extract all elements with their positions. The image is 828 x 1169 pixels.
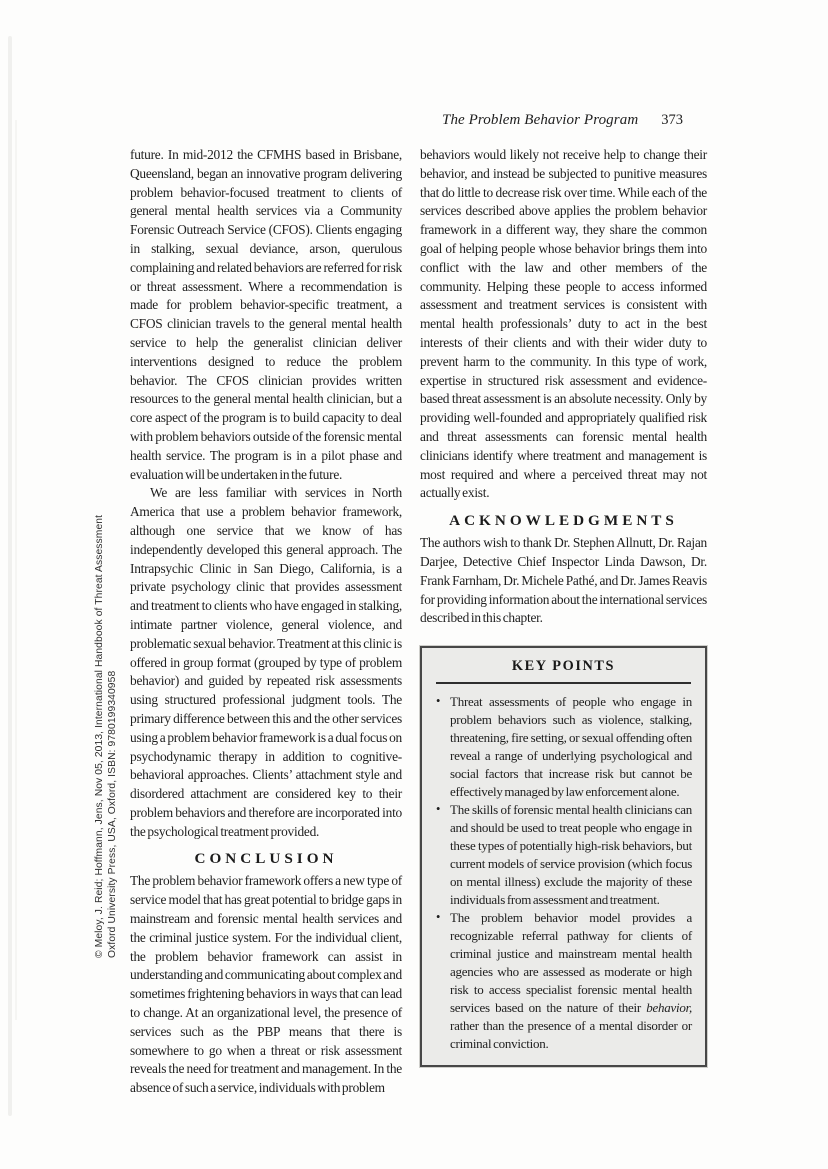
right-column: behaviors would likely not receive help …	[420, 146, 707, 1067]
conclusion-heading: CONCLUSION	[130, 850, 402, 868]
key-points-divider	[436, 682, 691, 684]
book-page: © Meloy, J. Reid; Hoffmann, Jens, Nov 05…	[0, 0, 828, 1169]
page-number: 373	[661, 112, 683, 129]
key-point-item: • The problem behavior model provides a …	[435, 909, 692, 1053]
running-header-title: The Problem Behavior Program	[442, 112, 638, 129]
key-points-box: KEY POINTS • Threat assessments of peopl…	[420, 646, 707, 1067]
bullet-icon: •	[436, 800, 440, 818]
scan-artifact	[15, 120, 17, 1020]
acknowledgments-heading: ACKNOWLEDGMENTS	[420, 512, 707, 530]
bullet-icon: •	[436, 908, 440, 926]
key-point-text-post: rather than the presence of a mental dis…	[450, 1018, 692, 1051]
conclusion-paragraph: The problem behavior framework offers a …	[130, 872, 402, 1098]
paragraph-cfmhs: future. In mid-2012 the CFMHS based in B…	[130, 146, 402, 484]
acknowledgments-paragraph: The authors wish to thank Dr. Stephen Al…	[420, 534, 707, 628]
copyright-line-1: © Meloy, J. Reid; Hoffmann, Jens, Nov 05…	[94, 482, 107, 958]
running-header: The Problem Behavior Program 373	[420, 112, 683, 129]
paragraph-behaviors: behaviors would likely not receive help …	[420, 146, 707, 503]
paragraph-north-america: We are less familiar with services in No…	[130, 484, 402, 841]
key-point-text: The problem behavior model provides a re…	[450, 910, 692, 1051]
copyright-line-2: Oxford University Press, USA, Oxford, IS…	[107, 482, 120, 958]
scan-artifact	[8, 36, 12, 1116]
key-point-item: • Threat assessments of people who engag…	[435, 693, 692, 801]
key-points-title: KEY POINTS	[435, 658, 692, 675]
key-points-list: • Threat assessments of people who engag…	[435, 693, 692, 1053]
copyright-sidebar: © Meloy, J. Reid; Hoffmann, Jens, Nov 05…	[94, 482, 120, 958]
key-point-text: The skills of forensic mental health cli…	[450, 802, 692, 907]
left-column: future. In mid-2012 the CFMHS based in B…	[130, 146, 402, 1098]
key-point-item: • The skills of forensic mental health c…	[435, 801, 692, 909]
key-point-text-italic: behavior,	[646, 1000, 692, 1015]
key-point-text: Threat assessments of people who engage …	[450, 694, 692, 799]
bullet-icon: •	[436, 692, 440, 710]
